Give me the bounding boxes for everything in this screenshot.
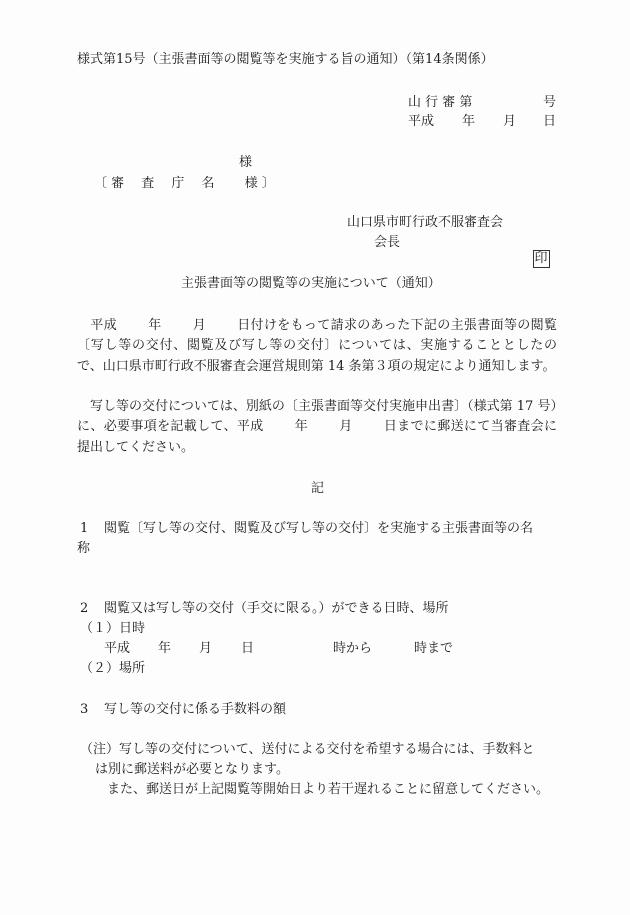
addressee-placeholder: 〔 審 査 庁 名 様 〕 (94, 176, 275, 192)
date-era: 平成 (408, 114, 434, 130)
datetime-to: 時まで (414, 641, 453, 657)
paragraph-delivery: 写し等の交付については、別紙の〔主張書面等交付実施申出書〕（様式第 17 号）に… (77, 397, 557, 458)
date-year: 年 (462, 114, 475, 130)
seal-box: 印 (516, 234, 550, 284)
item-1-continuation: 称 (77, 541, 90, 557)
item-1-text: 閲覧〔写し等の交付、閲覧及び写し等の交付〕を実施する主張書面等の名 (104, 521, 533, 537)
datetime-era: 平成 (104, 641, 130, 657)
date-day: 日 (543, 114, 556, 130)
reference-number-prefix: 山 行 審 第 (408, 95, 472, 111)
item-3-number: 3 (80, 702, 88, 718)
seal-mark: 印 (533, 250, 550, 268)
item-2-number: 2 (80, 601, 88, 617)
date-month: 月 (503, 114, 516, 130)
item-1-number: 1 (80, 521, 88, 537)
note-line-2: は別に郵送料が必要となります。 (95, 762, 289, 778)
datetime-from: 時から (333, 641, 372, 657)
note-line-1: （注）写し等の交付について、送付による交付を希望する場合には、手数料と (80, 742, 534, 758)
ki-heading: 記 (311, 481, 324, 497)
reference-number-suffix: 号 (543, 95, 556, 111)
datetime-year: 年 (158, 641, 171, 657)
note-line-3: また、郵送日が上記閲覧等開始日より若干遅れることに留意してください。 (107, 782, 549, 798)
item-3-text: 写し等の交付に係る手数料の額 (104, 702, 286, 718)
sender-title: 会長 (374, 235, 400, 251)
paragraph-notice: 平成 年 月 日付けをもって請求のあった下記の主張書面等の閲覧〔写し等の交付、閲… (77, 316, 557, 377)
addressee-honorific: 様 (239, 155, 252, 171)
form-label: 様式第15号（主張書面等の閲覧等を実施する旨の通知）（第14条関係） (77, 52, 494, 68)
subitem-datetime-label: （１）日時 (80, 621, 145, 637)
datetime-month: 月 (199, 641, 212, 657)
document-title: 主張書面等の閲覧等の実施について（通知） (181, 276, 441, 292)
subitem-place-label: （２）場所 (80, 661, 145, 677)
item-2-text: 閲覧又は写し等の交付（手交に限る。）ができる日時、場所 (104, 601, 449, 617)
datetime-day: 日 (241, 641, 254, 657)
sender-organization: 山口県市町行政不服審査会 (347, 215, 503, 231)
